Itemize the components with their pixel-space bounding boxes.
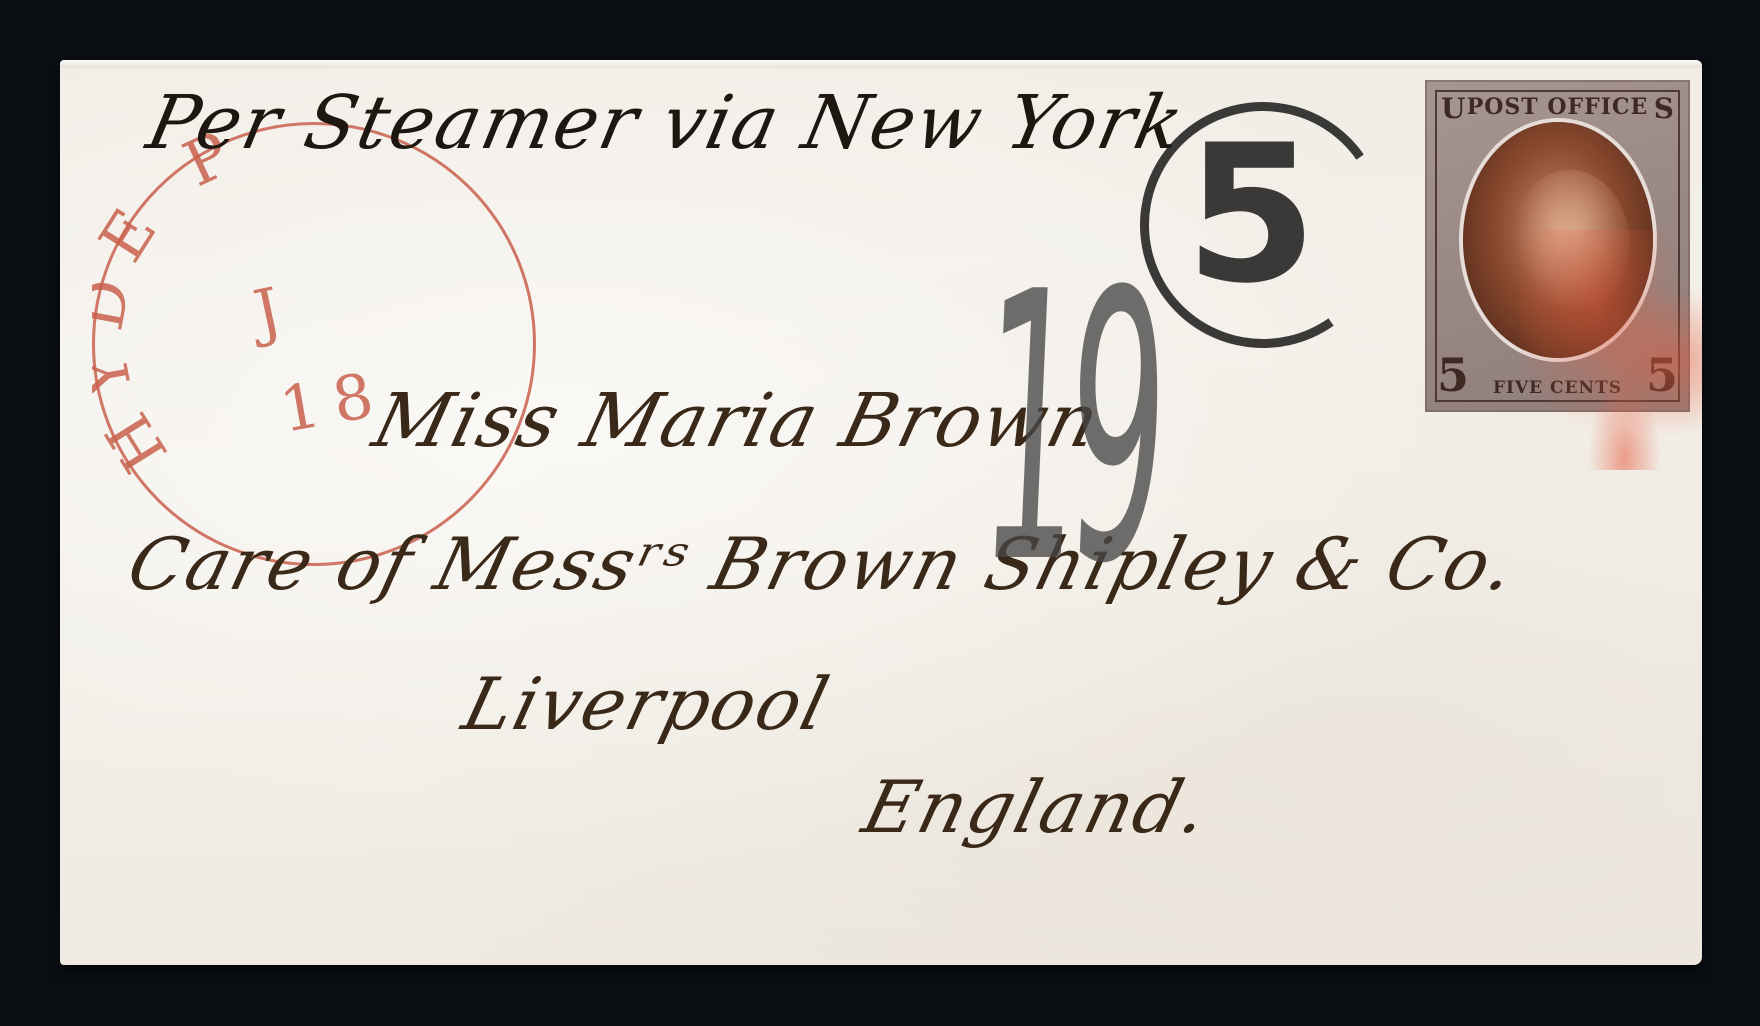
envelope-top-edge	[60, 60, 1702, 68]
town-postmark: HYDE P J 18	[92, 122, 536, 566]
stamp-corner-tr: S	[1654, 92, 1674, 125]
red-cancellation	[1520, 230, 1702, 470]
numeral-handstamp: 5	[1185, 120, 1305, 310]
rate-marking: 19	[974, 245, 1163, 615]
stamp-corner-bl: 5	[1437, 348, 1469, 402]
routing-instruction: Per Steamer via New York	[140, 80, 1192, 166]
address-city: Liverpool	[455, 662, 838, 746]
postmark-date: J 18	[95, 125, 539, 569]
care-of-line: Care of Messʳˢ Brown Shipley & Co.	[120, 522, 1525, 606]
address-country: England.	[855, 765, 1218, 849]
envelope: HYDE P J 18 Per Steamer via New York Mis…	[60, 60, 1702, 965]
postmark-month: J	[248, 273, 287, 350]
stamp-corner-tl: U	[1441, 92, 1465, 125]
